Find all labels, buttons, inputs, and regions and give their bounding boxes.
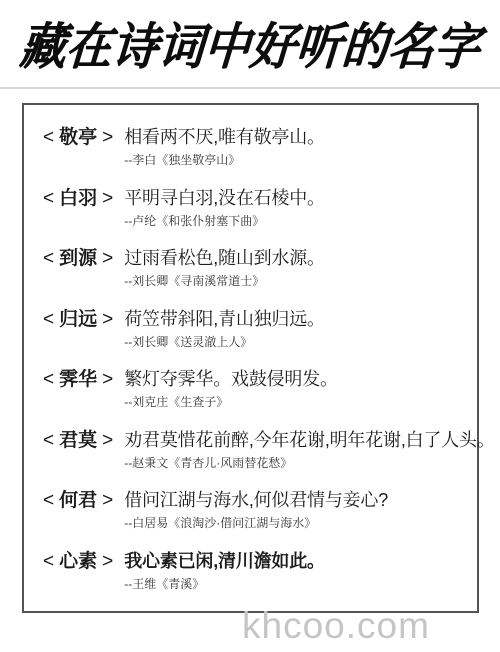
poem-quote: 繁灯夺霁华。戏鼓侵明发。 [124,367,477,392]
name-label: <心素> [43,549,113,574]
name-text: 归远 [59,309,97,330]
header: 藏在诗词中好听的名字 [0,0,500,86]
name-text: 君莫 [59,430,97,451]
list-item: <霁华> 繁灯夺霁华。戏鼓侵明发。 --刘克庄《生查子》 [43,367,477,409]
list-item: <何君> 借问江湖与海水,何似君情与妾心? --白居易《浪淘沙·借问江湖与海水》 [43,488,477,530]
angle-bracket-open: < [43,369,54,390]
angle-bracket-close: > [102,490,113,511]
name-label: <敬亭> [43,125,113,150]
poem-source: --卢纶《和张仆射塞下曲》 [124,214,477,228]
name-label: <归远> [43,307,113,332]
poem-source: --李白《独坐敬亭山》 [124,153,477,167]
list-item: <心素> 我心素已闲,清川澹如此。 --王维《青溪》 [43,549,477,591]
angle-bracket-close: > [102,127,113,148]
poem-quote: 劝君莫惜花前醉,今年花谢,明年花谢,白了人头。 [124,428,477,453]
poem-source: --王维《青溪》 [124,577,477,591]
name-label: <到源> [43,246,113,271]
angle-bracket-close: > [102,188,113,209]
item-text: 平明寻白羽,没在石棱中。 --卢纶《和张仆射塞下曲》 [124,186,477,228]
angle-bracket-close: > [102,430,113,451]
item-text: 借问江湖与海水,何似君情与妾心? --白居易《浪淘沙·借问江湖与海水》 [124,488,477,530]
angle-bracket-close: > [102,551,113,572]
poem-quote: 借问江湖与海水,何似君情与妾心? [124,488,477,513]
angle-bracket-close: > [102,369,113,390]
name-label: <白羽> [43,186,113,211]
poem-source: --刘长卿《送灵澈上人》 [124,335,477,349]
poem-quote: 平明寻白羽,没在石棱中。 [124,186,477,211]
angle-bracket-close: > [102,248,113,269]
poster-page: 藏在诗词中好听的名字 <敬亭> 相看两不厌,唯有敬亭山。 --李白《独坐敬亭山》… [0,0,500,652]
page-title: 藏在诗词中好听的名字 [18,7,483,78]
name-text: 何君 [59,490,97,511]
angle-bracket-open: < [43,551,54,572]
item-text: 荷笠带斜阳,青山独归远。 --刘长卿《送灵澈上人》 [124,307,477,349]
angle-bracket-open: < [43,490,54,511]
name-text: 心素 [59,551,97,572]
name-text: 到源 [59,248,97,269]
item-text: 繁灯夺霁华。戏鼓侵明发。 --刘克庄《生查子》 [124,367,477,409]
name-label: <何君> [43,488,113,513]
angle-bracket-close: > [102,309,113,330]
names-list-box: <敬亭> 相看两不厌,唯有敬亭山。 --李白《独坐敬亭山》 <白羽> 平明寻白羽… [22,103,479,613]
watermark-text: khcoo.com [242,604,430,648]
angle-bracket-open: < [43,127,54,148]
title-divider [0,87,500,89]
name-text: 白羽 [59,188,97,209]
poem-source: --刘克庄《生查子》 [124,395,477,409]
angle-bracket-open: < [43,188,54,209]
item-text: 我心素已闲,清川澹如此。 --王维《青溪》 [124,549,477,591]
list-item: <君莫> 劝君莫惜花前醉,今年花谢,明年花谢,白了人头。 --赵秉文《青杏儿·风… [43,428,477,470]
angle-bracket-open: < [43,248,54,269]
list-item: <敬亭> 相看两不厌,唯有敬亭山。 --李白《独坐敬亭山》 [43,125,477,167]
name-label: <君莫> [43,428,113,453]
list-item: <到源> 过雨看松色,随山到水源。 --刘长卿《寻南溪常道士》 [43,246,477,288]
angle-bracket-open: < [43,430,54,451]
poem-quote: 过雨看松色,随山到水源。 [124,246,477,271]
angle-bracket-open: < [43,309,54,330]
item-text: 相看两不厌,唯有敬亭山。 --李白《独坐敬亭山》 [124,125,477,167]
poem-quote: 荷笠带斜阳,青山独归远。 [124,307,477,332]
list-item: <白羽> 平明寻白羽,没在石棱中。 --卢纶《和张仆射塞下曲》 [43,186,477,228]
item-text: 过雨看松色,随山到水源。 --刘长卿《寻南溪常道士》 [124,246,477,288]
name-label: <霁华> [43,367,113,392]
name-text: 霁华 [59,369,97,390]
name-text: 敬亭 [59,127,97,148]
poem-source: --赵秉文《青杏儿·风雨替花愁》 [124,456,477,470]
poem-source: --白居易《浪淘沙·借问江湖与海水》 [124,516,477,530]
poem-quote: 我心素已闲,清川澹如此。 [124,549,477,574]
poem-source: --刘长卿《寻南溪常道士》 [124,274,477,288]
item-text: 劝君莫惜花前醉,今年花谢,明年花谢,白了人头。 --赵秉文《青杏儿·风雨替花愁》 [124,428,477,470]
list-item: <归远> 荷笠带斜阳,青山独归远。 --刘长卿《送灵澈上人》 [43,307,477,349]
poem-quote: 相看两不厌,唯有敬亭山。 [124,125,477,150]
